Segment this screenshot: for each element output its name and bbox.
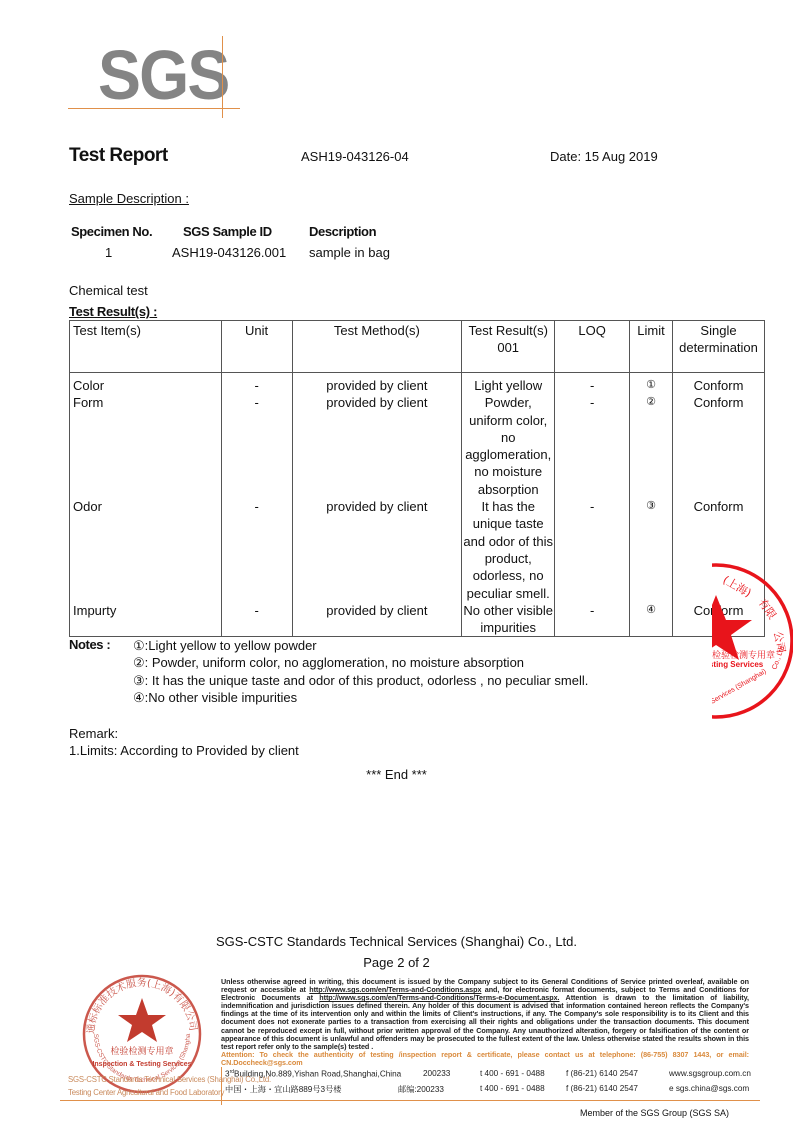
note-item: ②: Powder, uniform color, no agglomerati… [133,654,588,671]
col-test-result: Test Result(s)001 [462,321,555,373]
end-marker: *** End *** [0,767,793,782]
note-item: ①:Light yellow to yellow powder [133,637,588,654]
cell-unit: - [221,394,292,498]
zip-en: 200233 [423,1069,450,1078]
logo-rule-horizontal [68,108,240,109]
legal-disclaimer: Unless otherwise agreed in writing, this… [221,978,749,1067]
cell-loq: - [555,498,630,602]
tel-en: t 400 - 691 - 0488 [480,1069,545,1078]
description-value: sample in bag [309,245,390,260]
cell-method: provided by client [292,602,462,637]
cell-loq: - [555,394,630,498]
test-results-table: Test Item(s) Unit Test Method(s) Test Re… [69,320,765,637]
cell-limit: ② [630,394,673,498]
note-item: ④:No other visible impurities [133,689,588,706]
seal-left-cn: 检验检测专用章 [110,1045,173,1057]
seal-icon: (上海) 有限 公司 Co., Ltd. Services (Shanghai) [712,560,793,722]
tel-cn: t 400 - 691 - 0488 [480,1084,545,1093]
col-single-determination: Singledetermination [673,321,765,373]
page-number: Page 2 of 2 [0,955,793,970]
cell-unit: - [221,373,292,395]
cell-unit: - [221,498,292,602]
cell-method: provided by client [292,373,462,395]
test-results-label: Test Result(s) : [69,304,157,319]
notes-label: Notes : [69,637,110,652]
col-test-item: Test Item(s) [70,321,222,373]
lab-name-line-2: Testing Center Agricultural and Food Lab… [68,1086,271,1099]
cell-limit: ③ [630,498,673,602]
address-block: 3rdBuilding,No.889,Yishan Road,Shanghai,… [221,1069,761,1099]
cell-item: Form [70,394,222,498]
cell-loq: - [555,602,630,637]
remark-item: 1.Limits: According to Provided by clien… [69,742,299,759]
address-row-cn: 中国・上海・宜山路889号3号楼 邮编:200233 t 400 - 691 -… [221,1084,761,1099]
report-date: Date: 15 Aug 2019 [550,149,658,164]
description-header: Description [309,224,376,239]
seal-right-en: Inspection & Testing Services [712,660,763,669]
cell-item: Odor [70,498,222,602]
col-test-method: Test Method(s) [292,321,462,373]
report-number: ASH19-043126-04 [301,149,409,164]
cell-loq: - [555,373,630,395]
specimen-no-header: Specimen No. [71,224,152,239]
col-test-result-label: Test Result(s)001 [468,323,547,355]
remark-section: Remark: 1.Limits: According to Provided … [69,725,299,760]
authenticity-notice: Attention: To check the authenticity of … [221,1051,749,1067]
cell-method: provided by client [292,394,462,498]
cell-result: It has the unique taste and odor of this… [462,498,555,602]
cell-result: No other visible impurities [462,602,555,637]
table-row: Form - provided by client Powder, unifor… [70,394,765,498]
cell-result: Light yellow [462,373,555,395]
legal-text: Attention is drawn to the limitation of … [221,993,749,1051]
sgs-logo: SGS [68,36,243,126]
logo-text: SGS [98,40,228,110]
col-single-determination-label: Singledetermination [679,323,758,355]
cell-single: Conform [673,373,765,395]
sample-description-label: Sample Description : [69,191,189,206]
seal-left-en: Inspection & Testing Services [92,1061,191,1068]
col-unit: Unit [221,321,292,373]
table-row: Odor - provided by client It has the uni… [70,498,765,602]
logo-rule-vertical [222,36,223,118]
cell-item: Color [70,373,222,395]
specimen-no-value: 1 [105,245,112,260]
address-row-en: 3rdBuilding,No.889,Yishan Road,Shanghai,… [221,1069,761,1084]
cell-unit: - [221,602,292,637]
fax-cn: f (86-21) 6140 2547 [566,1084,638,1093]
remark-label: Remark: [69,725,299,742]
sgs-sample-id-header: SGS Sample ID [183,224,272,239]
zip-cn: 邮编:200233 [398,1084,444,1095]
table-header-row: Test Item(s) Unit Test Method(s) Test Re… [70,321,765,373]
sgs-member-line: Member of the SGS Group (SGS SA) [580,1108,729,1118]
fax-en: f (86-21) 6140 2547 [566,1069,638,1078]
test-category: Chemical test [69,283,148,298]
col-loq: LOQ [555,321,630,373]
website-link[interactable]: www.sgsgroup.com.cn [669,1069,751,1078]
email-link[interactable]: e sgs.china@sgs.com [669,1084,749,1093]
svg-text:Services (Shanghai): Services (Shanghai) [712,668,768,706]
svg-text:(上海): (上海) [721,572,754,599]
cell-single: Conform [673,394,765,498]
note-item: ③: It has the unique taste and odor of t… [133,672,588,689]
cell-limit: ① [630,373,673,395]
notes-list: ①:Light yellow to yellow powder ②: Powde… [133,637,588,707]
cell-result: Powder, uniform color, no agglomeration,… [462,394,555,498]
col-limit: Limit [630,321,673,373]
sgs-sample-id-value: ASH19-043126.001 [172,245,286,260]
table-row: Color - provided by client Light yellow … [70,373,765,395]
cell-method: provided by client [292,498,462,602]
footer-company: SGS-CSTC Standards Technical Services (S… [0,934,793,949]
report-title: Test Report [69,145,168,167]
lab-name-line-1: SGS-CSTC Standards Technical Services (S… [68,1073,271,1086]
cell-limit: ④ [630,602,673,637]
svg-text:有限: 有限 [756,596,779,621]
company-seal-right: (上海) 有限 公司 Co., Ltd. Services (Shanghai)… [712,560,793,722]
table-row: Impurty - provided by client No other vi… [70,602,765,637]
lab-name: SGS-CSTC Standards Technical Services (S… [68,1073,271,1099]
cell-item: Impurty [70,602,222,637]
